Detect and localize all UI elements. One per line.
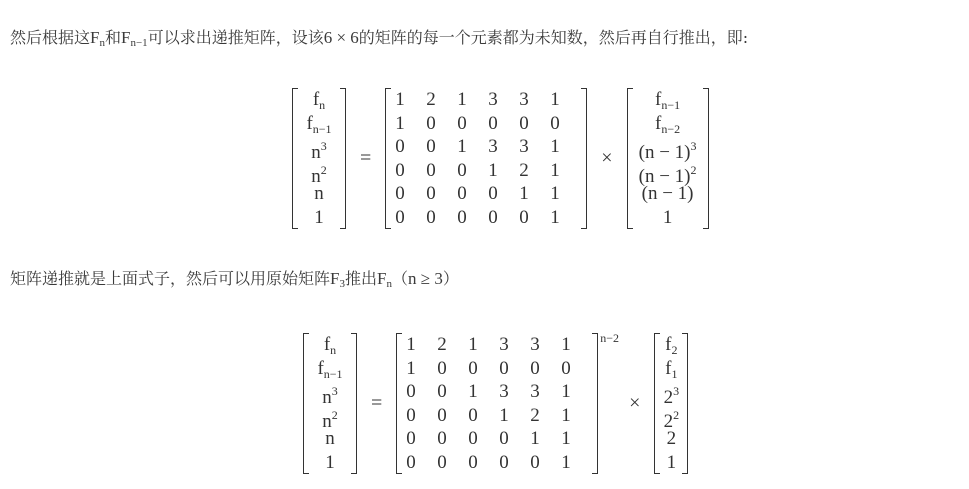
matrix-cell: 0 xyxy=(528,357,559,381)
matrix-cell: 0 xyxy=(393,206,424,230)
matrix-cell: 0 xyxy=(517,206,548,230)
matrix-exponent: n−2 xyxy=(600,331,619,346)
matrix-cell: 0 xyxy=(559,357,590,381)
matrix-cell: 3 xyxy=(528,333,559,357)
math-inline: Fn xyxy=(377,269,392,288)
matrix-cell: 0 xyxy=(424,135,455,159)
text-run: 矩阵递推就是上面式子，然后可以用原始矩阵 xyxy=(10,269,330,288)
matrix-cell: 0 xyxy=(455,206,486,230)
matrix-cell: 0 xyxy=(424,182,455,206)
matrix-cell: 1 xyxy=(466,380,497,404)
transition-matrix: 121331100000001331000121000011000001 xyxy=(385,88,587,229)
matrix-cell: 1 xyxy=(517,182,548,206)
text-run: 和 xyxy=(105,28,121,47)
vector-entry: n xyxy=(325,427,335,451)
matrix-cell: 1 xyxy=(559,380,590,404)
matrix-cell: 1 xyxy=(404,333,435,357)
matrix-cell: 0 xyxy=(393,182,424,206)
matrix-cell: 0 xyxy=(486,206,517,230)
math-inline: n ≥ 3 xyxy=(408,269,443,288)
matrix-cell: 0 xyxy=(486,112,517,136)
matrix-cell: 0 xyxy=(455,182,486,206)
math-inline: 6 × 6 xyxy=(324,28,359,47)
equation-recurrence: fnfn−1n3n2n1 = 1213311000000013310001210… xyxy=(292,88,709,229)
vector-entry: n2 xyxy=(322,404,338,428)
equals-sign: = xyxy=(357,392,396,415)
matrix-cell: 1 xyxy=(497,404,528,428)
vector-entry: fn−1 xyxy=(306,112,331,136)
times-sign: × xyxy=(619,392,654,415)
matrix-cell: 0 xyxy=(393,135,424,159)
lhs-vector: fnfn−1n3n2n1 xyxy=(292,88,346,229)
vector-entry: n3 xyxy=(322,380,338,404)
matrix-cell: 3 xyxy=(497,380,528,404)
matrix-cell: 3 xyxy=(528,380,559,404)
matrix-cell: 0 xyxy=(466,404,497,428)
matrix-cell: 0 xyxy=(424,159,455,183)
vector-entry: 1 xyxy=(667,451,677,475)
matrix-cell: 0 xyxy=(435,357,466,381)
matrix-cell: 1 xyxy=(559,333,590,357)
paragraph-intro: 然后根据这Fn和Fn−1可以求出递推矩阵，设该6 × 6的矩阵的每一个元素都为未… xyxy=(10,27,748,54)
math-inline: F3 xyxy=(330,269,345,288)
transition-matrix: 121331100000001331000121000011000001 xyxy=(396,333,598,474)
matrix-cell: 2 xyxy=(435,333,466,357)
vector-entry: f2 xyxy=(665,333,677,357)
vector-entry: 2 xyxy=(667,427,677,451)
text-run: 可以求出递推矩阵，设该 xyxy=(148,28,324,47)
text-run: 然后根据这 xyxy=(10,28,90,47)
matrix-cell: 0 xyxy=(455,112,486,136)
matrix-cell: 3 xyxy=(517,135,548,159)
lhs-vector: fnfn−1n3n2n1 xyxy=(303,333,357,474)
text-run: 的矩阵的每一个元素都为未知数，然后再自行推出，即: xyxy=(359,28,748,47)
matrix-cell: 0 xyxy=(393,159,424,183)
matrix-cell: 2 xyxy=(424,88,455,112)
matrix-cell: 1 xyxy=(559,451,590,475)
vector-entry: fn xyxy=(313,88,325,112)
initial-vector: f2f1232221 xyxy=(654,333,688,474)
matrix-cell: 0 xyxy=(424,206,455,230)
matrix-cell: 0 xyxy=(528,451,559,475)
matrix-cell: 1 xyxy=(486,159,517,183)
times-sign: × xyxy=(587,147,626,170)
matrix-cell: 0 xyxy=(404,451,435,475)
vector-entry: fn xyxy=(324,333,336,357)
matrix-cell: 0 xyxy=(497,357,528,381)
vector-entry: 23 xyxy=(664,380,680,404)
matrix-cell: 0 xyxy=(517,112,548,136)
vector-entry: n xyxy=(314,182,324,206)
matrix-cell: 1 xyxy=(455,88,486,112)
matrix-cell: 0 xyxy=(404,380,435,404)
matrix-cell: 3 xyxy=(497,333,528,357)
matrix-cell: 1 xyxy=(559,427,590,451)
matrix-cell: 0 xyxy=(435,427,466,451)
matrix-cell: 3 xyxy=(486,135,517,159)
matrix-cell: 3 xyxy=(486,88,517,112)
matrix-cell: 1 xyxy=(466,333,497,357)
matrix-cell: 0 xyxy=(497,427,528,451)
matrix-cell: 0 xyxy=(455,159,486,183)
matrix-cell: 0 xyxy=(548,112,579,136)
matrix-cell: 2 xyxy=(528,404,559,428)
matrix-cell: 0 xyxy=(466,357,497,381)
vector-entry: n2 xyxy=(311,159,327,183)
matrix-cell: 1 xyxy=(548,206,579,230)
vector-entry: fn−1 xyxy=(655,88,680,112)
vector-entry: f1 xyxy=(665,357,677,381)
matrix-cell: 1 xyxy=(404,357,435,381)
matrix-cell: 0 xyxy=(466,451,497,475)
matrix-cell: 0 xyxy=(424,112,455,136)
matrix-cell: 0 xyxy=(466,427,497,451)
matrix-cell: 1 xyxy=(528,427,559,451)
matrix-cell: 1 xyxy=(393,88,424,112)
math-inline: Fn−1 xyxy=(121,28,148,47)
math-inline: Fn xyxy=(90,28,105,47)
matrix-cell: 0 xyxy=(404,404,435,428)
matrix-cell: 1 xyxy=(393,112,424,136)
vector-entry: 22 xyxy=(664,404,680,428)
text-run: （ xyxy=(392,269,408,288)
vector-entry: n3 xyxy=(311,135,327,159)
equation-power: fnfn−1n3n2n1 = 1213311000000013310001210… xyxy=(303,333,688,474)
rhs-vector: fn−1fn−2(n − 1)3(n − 1)2(n − 1)1 xyxy=(627,88,709,229)
matrix-cell: 1 xyxy=(548,182,579,206)
matrix-cell: 1 xyxy=(548,159,579,183)
matrix-cell: 1 xyxy=(455,135,486,159)
matrix-cell: 0 xyxy=(486,182,517,206)
equals-sign: = xyxy=(346,147,385,170)
text-run: ） xyxy=(443,269,459,288)
vector-entry: 1 xyxy=(663,206,673,230)
matrix-cell: 3 xyxy=(517,88,548,112)
vector-entry: (n − 1) xyxy=(642,182,694,206)
vector-entry: 1 xyxy=(325,451,335,475)
matrix-cell: 0 xyxy=(435,451,466,475)
matrix-cell: 1 xyxy=(559,404,590,428)
matrix-cell: 1 xyxy=(548,135,579,159)
vector-entry: (n − 1)3 xyxy=(639,135,697,159)
matrix-cell: 2 xyxy=(517,159,548,183)
paragraph-explanation: 矩阵递推就是上面式子，然后可以用原始矩阵F3推出Fn（n ≥ 3） xyxy=(10,268,459,295)
vector-entry: fn−2 xyxy=(655,112,680,136)
matrix-cell: 1 xyxy=(548,88,579,112)
text-run: 推出 xyxy=(345,269,377,288)
matrix-cell: 0 xyxy=(435,380,466,404)
matrix-cell: 0 xyxy=(497,451,528,475)
vector-entry: fn−1 xyxy=(317,357,342,381)
vector-entry: 1 xyxy=(314,206,324,230)
matrix-cell: 0 xyxy=(435,404,466,428)
matrix-cell: 0 xyxy=(404,427,435,451)
vector-entry: (n − 1)2 xyxy=(639,159,697,183)
